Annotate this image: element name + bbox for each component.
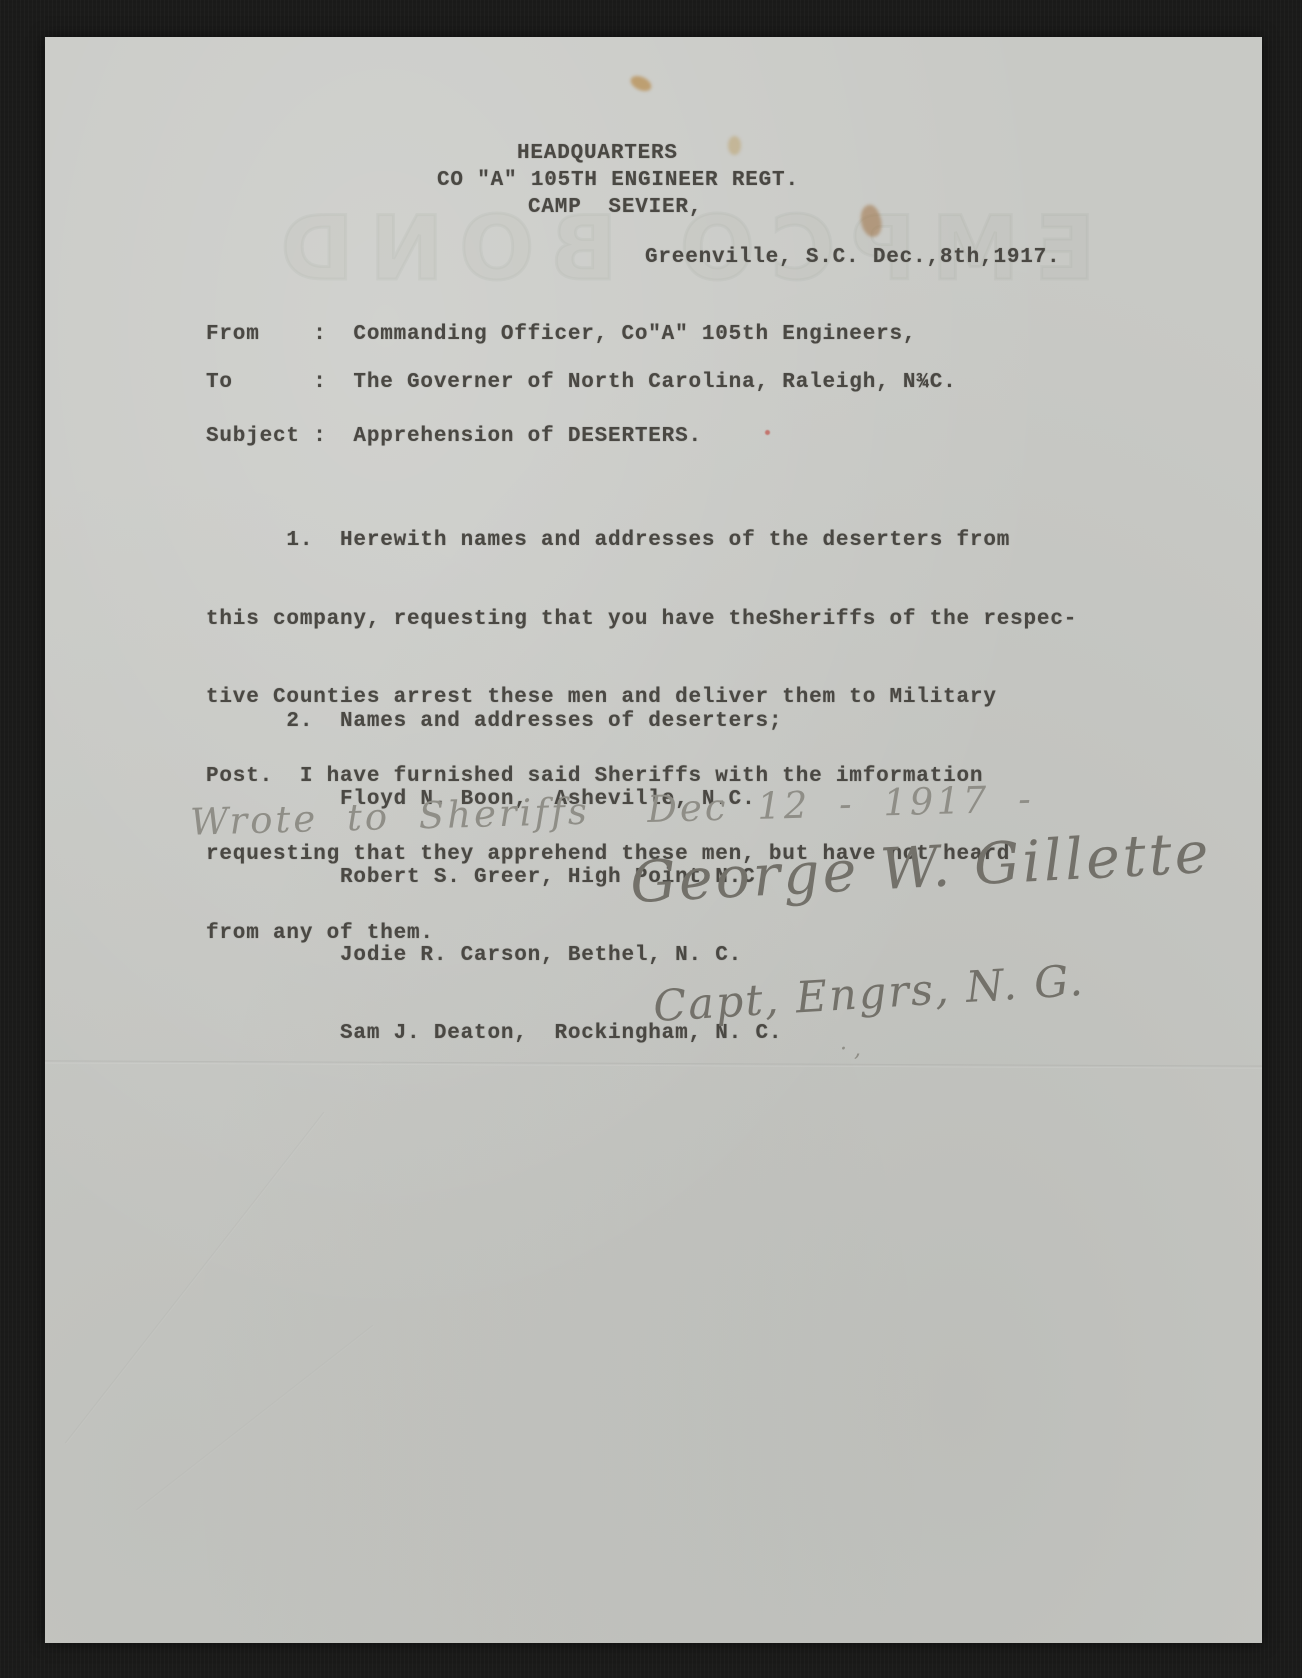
ink-stain [628, 73, 653, 94]
to-line: To : The Governer of North Carolina, Ral… [206, 370, 957, 396]
dateline: Greenville, S.C. Dec.,8th,1917. [645, 245, 1060, 271]
ink-stain [728, 136, 741, 155]
body-line: this company, requesting that you have t… [206, 607, 1077, 634]
pencil-marks: · , [840, 1037, 861, 1062]
header-line-unit: CO "A" 105TH ENGINEER REGT. [437, 168, 799, 194]
from-line: From : Commanding Officer, Co"A" 105th E… [206, 322, 916, 348]
header-line-camp: CAMP SEVIER, [528, 195, 702, 221]
deserter-row: Jodie R. Carson, Bethel, N. C. [206, 943, 782, 969]
deserter-list-heading: 2. Names and addresses of deserters; [206, 709, 782, 735]
header-line-headquarters: HEADQUARTERS [517, 141, 678, 167]
red-speck [765, 430, 770, 435]
letter-page: EMPCO BOND HEADQUARTERS CO "A" 105TH ENG… [45, 37, 1262, 1643]
rust-stain [857, 203, 886, 240]
subject-line: Subject : Apprehension of DESERTERS. [206, 424, 702, 450]
corner-crease [136, 1325, 374, 1511]
body-line: 1. Herewith names and addresses of the d… [206, 528, 1077, 555]
